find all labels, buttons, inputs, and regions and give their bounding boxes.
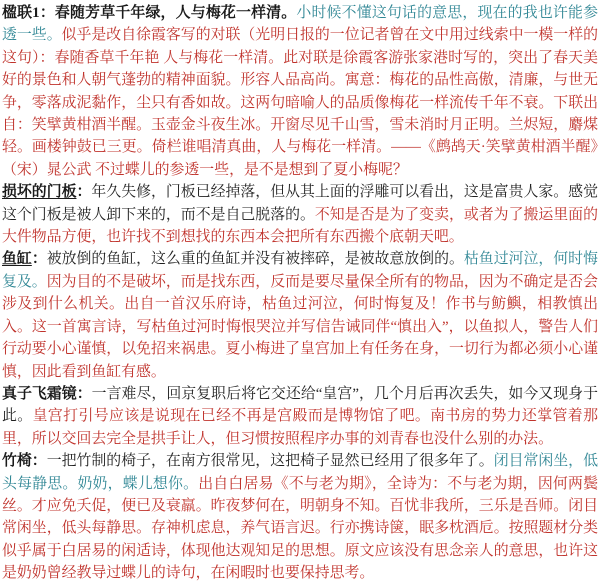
text-segment-header-underline: 损坏的门板 (2, 184, 77, 200)
section-fish-tank: 鱼缸：被放倒的鱼缸，这么重的鱼缸并没有被摔碎，是被故意放倒的。枯鱼过河泣，何时悔… (2, 248, 598, 382)
text-segment-red: 因为目的不是破坏，而是找东西，反而是要尽量保全所有的物品，因为不确定是否会涉及到… (2, 274, 598, 380)
text-segment-header: 竹椅： (2, 453, 47, 469)
text-segment-header-underline: 鱼缸 (2, 251, 32, 267)
section-damaged-door-panel: 损坏的门板：年久失修，门板已经掉落，但从其上面的浮雕可以看出，这是富贵人家。感觉… (2, 181, 598, 248)
text-segment-header: ： (32, 251, 47, 267)
text-segment-header: ： (77, 184, 92, 200)
text-segment-black: 一把竹制的椅子，在南方很常见，这把椅子显然已经用了很多年了。 (47, 453, 494, 469)
text-segment-black-bold: 春随芳草千年绿，人与梅花一样清。 (55, 5, 296, 21)
section-zhenzi-feishuang-mirror: 真子飞霜镜：一言难尽，回京复职后将它交还给“皇宫”，几个月后再次丢失，如今又现身… (2, 383, 598, 450)
text-segment-red: 皇宫打引号应该是说现在已经不再是宫殿而是博物馆了吧。南书房的势力还掌管着那里，所… (2, 408, 598, 446)
text-segment-header: 真子飞霜镜： (2, 386, 92, 402)
section-bamboo-chair: 竹椅：一把竹制的椅子，在南方很常见，这把椅子显然已经用了很多年了。闭目常闲坐，低… (2, 450, 598, 584)
section-yinglian-1: 楹联1：春随芳草千年绿，人与梅花一样清。小时候不懂这句话的意思，现在的我也许能参… (2, 2, 598, 181)
document-body: 楹联1：春随芳草千年绿，人与梅花一样清。小时候不懂这句话的意思，现在的我也许能参… (0, 0, 600, 585)
text-segment-black: 被放倒的鱼缸，这么重的鱼缸并没有被摔碎，是被故意放倒的。 (47, 251, 464, 267)
text-segment-header: 楹联1： (2, 5, 55, 21)
text-segment-red: 似乎是改自徐霞客写的对联（光明日报的一位记者曾在文中用过线索中一模一样的这句）：… (2, 27, 598, 177)
